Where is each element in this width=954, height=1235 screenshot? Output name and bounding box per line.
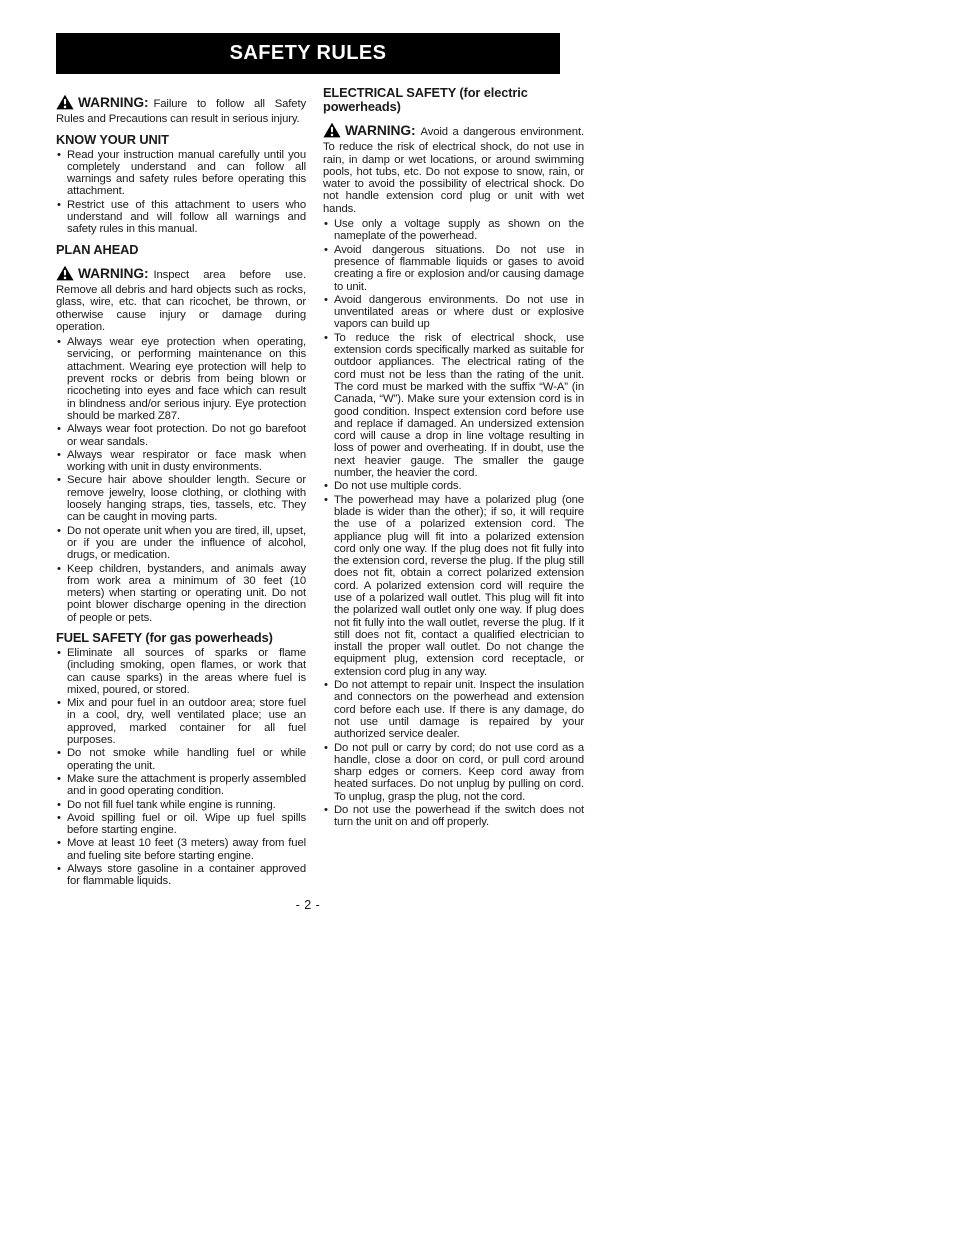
plan-ahead-list: Always wear eye protection when operatin… — [56, 336, 306, 624]
warning-label: WARNING: — [345, 123, 420, 138]
safety-rule-item: Use only a voltage supply as shown on th… — [323, 218, 584, 243]
section-heading-know-your-unit: KNOW YOUR UNIT — [56, 133, 306, 147]
intro-warning-paragraph: WARNING:Failure to follow all Safety Rul… — [56, 94, 306, 126]
safety-rule-item: Secure hair above shoulder length. Secur… — [56, 474, 306, 523]
safety-rule-item: Avoid dangerous situations. Do not use i… — [323, 244, 584, 293]
safety-rule-item: Eliminate all sources of sparks or flame… — [56, 647, 306, 696]
electrical-warning-paragraph: WARNING:Avoid a dangerous environment. T… — [323, 122, 584, 215]
safety-rule-item: Always store gasoline in a container app… — [56, 863, 306, 888]
page-content: SAFETY RULES WARNING:Failure to follow a… — [56, 33, 584, 912]
safety-rule-item: Do not operate unit when you are tired, … — [56, 525, 306, 562]
safety-alert-triangle-icon — [56, 265, 74, 284]
safety-rule-item: Keep children, bystanders, and animals a… — [56, 563, 306, 624]
safety-rule-item: Read your instruction manual carefully u… — [56, 149, 306, 198]
safety-rule-item: Always wear foot protection. Do not go b… — [56, 423, 306, 448]
right-column: ELECTRICAL SAFETY (for electric powerhea… — [323, 74, 584, 830]
page-title: SAFETY RULES — [230, 42, 387, 65]
warning-text: Avoid a dangerous environment. To reduce… — [323, 126, 584, 215]
safety-rule-item: Restrict use of this attachment to users… — [56, 199, 306, 236]
safety-alert-triangle-icon — [323, 122, 341, 141]
safety-rule-item: Do not pull or carry by cord; do not use… — [323, 742, 584, 803]
page-header-bar: SAFETY RULES — [56, 33, 560, 74]
safety-rule-item: Do not fill fuel tank while engine is ru… — [56, 799, 306, 811]
left-column: WARNING:Failure to follow all Safety Rul… — [56, 74, 306, 889]
two-column-layout: WARNING:Failure to follow all Safety Rul… — [56, 74, 584, 889]
safety-rule-item: Do not attempt to repair unit. Inspect t… — [323, 679, 584, 740]
safety-rule-item: To reduce the risk of electrical shock, … — [323, 332, 584, 480]
safety-rule-item: Make sure the attachment is properly ass… — [56, 773, 306, 798]
manual-page: SAFETY RULES WARNING:Failure to follow a… — [0, 0, 954, 1235]
safety-alert-triangle-icon — [56, 94, 74, 113]
safety-rule-item: Move at least 10 feet (3 meters) away fr… — [56, 837, 306, 862]
safety-rule-item: Do not use multiple cords. — [323, 480, 584, 492]
safety-rule-item: Do not smoke while handling fuel or whil… — [56, 747, 306, 772]
fuel-safety-list: Eliminate all sources of sparks or flame… — [56, 647, 306, 888]
know-your-unit-list: Read your instruction manual carefully u… — [56, 149, 306, 236]
safety-rule-item: Avoid spilling fuel or oil. Wipe up fuel… — [56, 812, 306, 837]
section-heading-electrical-safety: ELECTRICAL SAFETY (for electric powerhea… — [323, 86, 584, 114]
safety-rule-item: Always wear respirator or face mask when… — [56, 449, 306, 474]
section-heading-plan-ahead: PLAN AHEAD — [56, 243, 306, 257]
safety-rule-item: Do not use the powerhead if the switch d… — [323, 804, 584, 829]
safety-rule-item: Always wear eye protection when operatin… — [56, 336, 306, 422]
plan-ahead-warning-paragraph: WARNING:Inspect area before use. Remove … — [56, 265, 306, 333]
warning-label: WARNING: — [78, 266, 153, 281]
section-heading-fuel-safety: FUEL SAFETY (for gas powerheads) — [56, 631, 306, 645]
page-number: - 2 - — [56, 898, 560, 912]
electrical-safety-list: Use only a voltage supply as shown on th… — [323, 218, 584, 829]
safety-rule-item: Avoid dangerous environments. Do not use… — [323, 294, 584, 331]
safety-rule-item: Mix and pour fuel in an outdoor area; st… — [56, 697, 306, 746]
safety-rule-item: The powerhead may have a polarized plug … — [323, 494, 584, 678]
warning-label: WARNING: — [78, 95, 153, 110]
